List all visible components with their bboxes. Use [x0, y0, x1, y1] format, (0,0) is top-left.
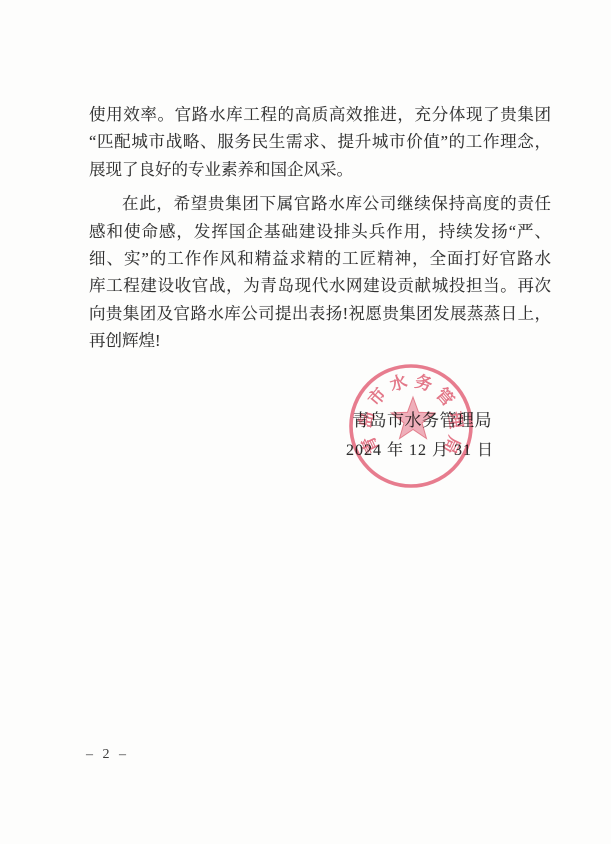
- body-line: 库工程建设收官战，为青岛现代水网建设贡献城投担当。再次: [89, 272, 551, 299]
- body-line: “匹配城市战略、服务民生需求、提升城市价值”的工作理念，: [89, 128, 551, 155]
- body-line: 细、实”的工作作风和精益求精的工匠精神，全面打好官路水: [89, 245, 551, 272]
- body-line: 再创辉煌!: [89, 327, 551, 354]
- body-line: 展现了良好的专业素养和国企风采。: [89, 156, 551, 183]
- body-line: 感和使命感，发挥国企基础建设排头兵作用，持续发扬“严、: [89, 218, 551, 245]
- body-line: 在此，希望贵集团下属官路水库公司继续保持高度的责任: [89, 190, 551, 217]
- svg-text:务: 务: [413, 371, 435, 395]
- page-number: – 2 –: [86, 747, 129, 763]
- signature-org: 青岛市水务管理局: [352, 406, 492, 431]
- signature-date: 2024 年 12 月 31 日: [346, 437, 494, 460]
- body-line: 向贵集团及官路水库公司提出表扬!祝愿贵集团发展蒸蒸日上，: [89, 300, 551, 327]
- scanned-letter-page: 使用效率。官路水库工程的高质高效推进，充分体现了贵集团“匹配城市战略、服务民生需…: [0, 0, 611, 844]
- body-text: 使用效率。官路水库工程的高质高效推进，充分体现了贵集团“匹配城市战略、服务民生需…: [89, 101, 551, 355]
- body-line: 使用效率。官路水库工程的高质高效推进，充分体现了贵集团: [89, 101, 551, 128]
- svg-text:水: 水: [387, 371, 409, 395]
